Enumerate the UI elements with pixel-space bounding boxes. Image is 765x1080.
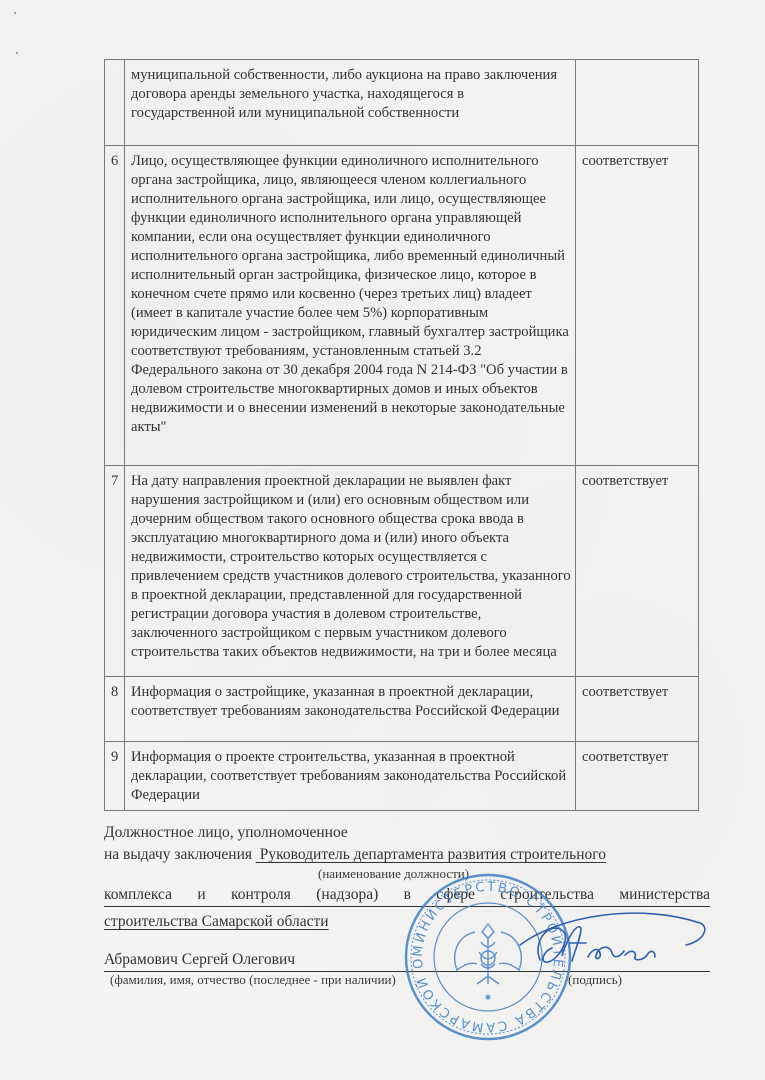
position-title-part2: комплекса и контроля (надзора) в сфере с… <box>104 885 710 907</box>
position-hint: (наименование должности) <box>104 866 710 882</box>
svg-text:✱: ✱ <box>485 993 492 1002</box>
word: и <box>197 885 205 905</box>
row-description: Лицо, осуществляющее функции единоличног… <box>125 146 576 466</box>
word: сфере <box>436 885 475 905</box>
row-status: соответствует <box>576 677 699 742</box>
row-status: соответствует <box>576 742 699 811</box>
row-number: 8 <box>105 677 125 742</box>
row-number: 9 <box>105 742 125 811</box>
word: в <box>404 885 411 905</box>
word: министерства <box>619 885 710 905</box>
row-status: соответствует <box>576 466 699 677</box>
signature-hint: (подпись) <box>568 972 622 988</box>
row-number <box>105 60 125 146</box>
table-row: 6 Лицо, осуществляющее функции единоличн… <box>105 146 699 466</box>
word: комплекса <box>104 885 172 905</box>
table-row: муниципальной собственности, либо аукцио… <box>105 60 699 146</box>
official-full-name: Абрамович Сергей Олегович <box>104 949 295 972</box>
row-description: Информация о проекте строительства, указ… <box>125 742 576 811</box>
intro-line-2: на выдачу заключения Руководитель департ… <box>104 844 710 866</box>
name-row: Абрамович Сергей Олегович <box>104 949 710 972</box>
row-number: 7 <box>105 466 125 677</box>
signature-block: Должностное лицо, уполномоченное на выда… <box>104 822 710 988</box>
position-title-part3: строительства Самарской области <box>104 911 710 933</box>
table-row: 9 Информация о проекте строительства, ук… <box>105 742 699 811</box>
row-number: 6 <box>105 146 125 466</box>
conformity-table: муниципальной собственности, либо аукцио… <box>104 59 699 811</box>
name-hints-row: (фамилия, имя, отчество (последнее - при… <box>104 972 710 988</box>
scan-speck <box>16 52 18 54</box>
intro-line-1: Должностное лицо, уполномоченное <box>104 822 710 844</box>
scan-speck <box>14 12 16 14</box>
name-hint: (фамилия, имя, отчество (последнее - при… <box>110 972 396 988</box>
table-row: 8 Информация о застройщике, указанная в … <box>105 677 699 742</box>
row-status: соответствует <box>576 146 699 466</box>
position-title-part3-text: строительства Самарской области <box>104 913 329 930</box>
word: контроля <box>231 885 291 905</box>
word: строительства <box>500 885 594 905</box>
intro-label: на выдачу заключения <box>104 846 252 863</box>
word: (надзора) <box>316 885 378 905</box>
row-status <box>576 60 699 146</box>
row-description: На дату направления проектной декларации… <box>125 466 576 677</box>
row-description: муниципальной собственности, либо аукцио… <box>125 60 576 146</box>
row-description: Информация о застройщике, указанная в пр… <box>125 677 576 742</box>
position-title-part1: Руководитель департамента развития строи… <box>256 846 606 863</box>
table-row: 7 На дату направления проектной декларац… <box>105 466 699 677</box>
